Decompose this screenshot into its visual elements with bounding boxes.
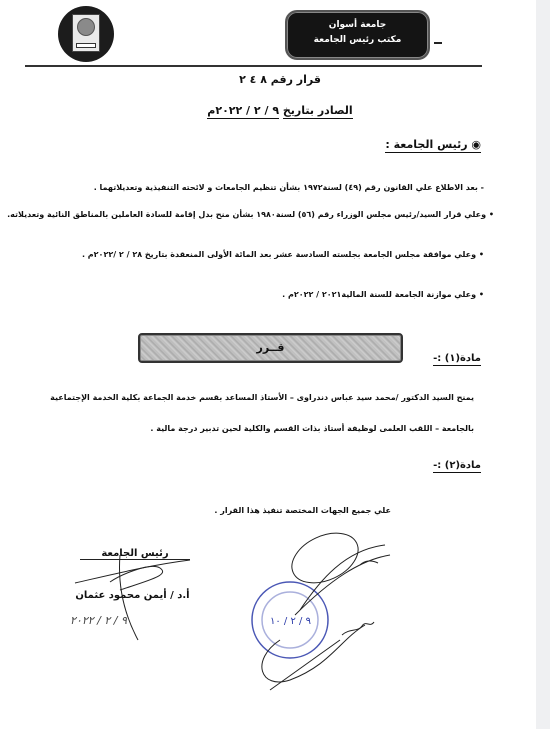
decides-banner: قــرر (138, 333, 403, 363)
logo-band (76, 43, 96, 48)
signatory-name: أ.د / أيمن محمود عثمان (70, 590, 195, 601)
preamble-clause: • وعلي موافقة مجلس الجامعة بجلسته السادس… (82, 250, 484, 259)
seal-icon (77, 18, 95, 36)
preamble-clause: • وعلي قرار السيد/رئيس مجلس الوزراء رقم … (7, 210, 494, 219)
article-1-heading: مادة(١) :- (433, 353, 481, 366)
logo-emblem-icon (72, 14, 100, 52)
signatory-title: رئيس الجامعة (80, 548, 190, 560)
handwritten-date: ٩ / ٢ / ٢٠٢٢ (70, 614, 127, 627)
decree-page: جامعة أسوان مكتب رئيس الجامعة قرار رقم ٨… (0, 0, 536, 729)
decides-label: قــرر (257, 341, 285, 354)
university-name: جامعة أسوان (287, 18, 428, 33)
article-1-line: بالجامعة – اللقب العلمى لوظيفة أستاذ بذا… (150, 424, 474, 433)
preamble-clause: - بعد الاطلاع علي القانون رقم (٤٩) لسنة١… (94, 183, 484, 192)
dash-mark (434, 42, 442, 44)
office-header-box: جامعة أسوان مكتب رئيس الجامعة (285, 10, 430, 60)
university-logo (58, 6, 114, 62)
article-1-line: يمنح السيد الدكتور /محمد سيد عباس دندراو… (50, 393, 474, 402)
article-2-heading: مادة(٢) :- (433, 460, 481, 473)
official-stamp-icon: ٩ / ٢ / ١٠ (252, 582, 328, 658)
header-divider (25, 65, 482, 67)
decision-date-label: الصادر بتاريخ (283, 104, 353, 119)
office-name: مكتب رئيس الجامعة (287, 33, 428, 48)
right-signature-icon (262, 523, 390, 690)
svg-text:٩ / ٢ / ١٠: ٩ / ٢ / ١٠ (270, 616, 311, 627)
preamble-clause: • وعلي موازنة الجامعة للسنة المالية٢٠٢١ … (282, 290, 484, 299)
decision-date: الصادر بتاريخ ٩ / ٢ / ٢٠٢٢م (170, 104, 390, 117)
article-2-line: علي جميع الجهات المختصة تنفيذ هذا القرار… (214, 506, 391, 515)
president-heading: ◉ رئيس الجامعة : (385, 138, 481, 153)
decision-number: قرار رقم ٨ ٤ ٢ (170, 73, 390, 86)
page-edge (536, 0, 550, 729)
decision-date-value: ٩ / ٢ / ٢٠٢٢م (207, 104, 279, 119)
